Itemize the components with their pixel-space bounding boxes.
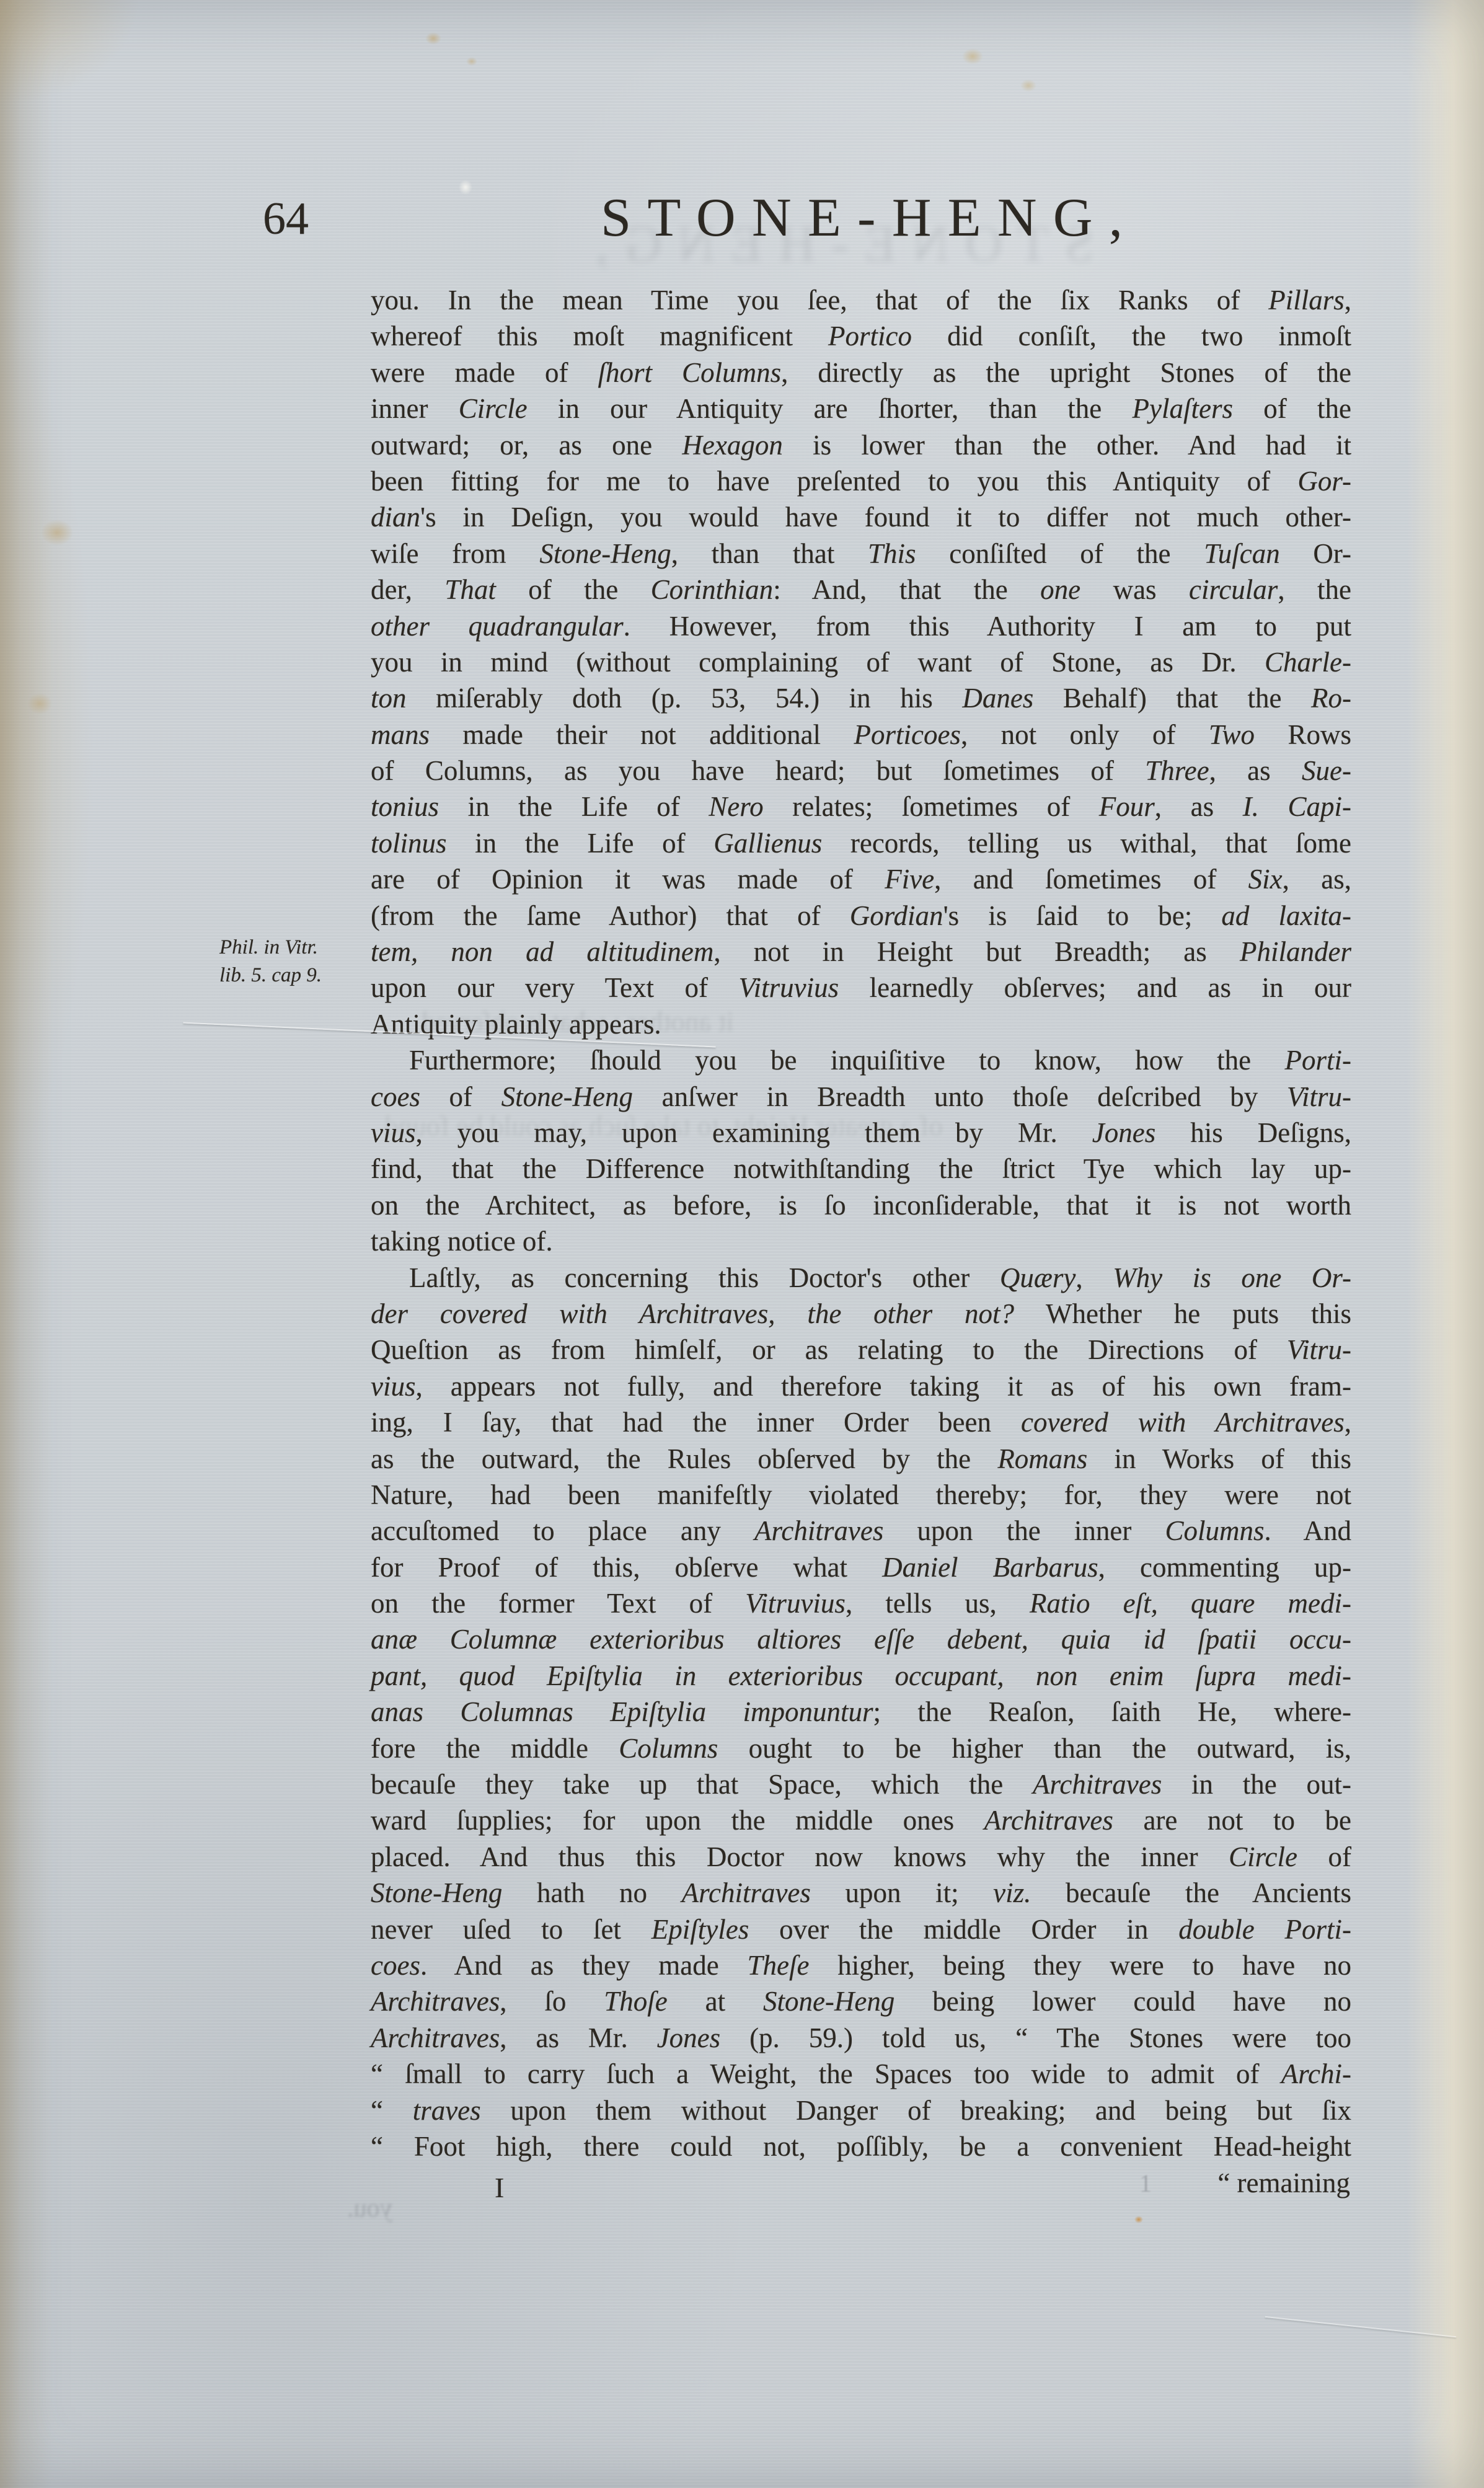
text-line: other quadrangular. However, from this A… [371,608,1351,644]
text-line: Antiquity plainly appears. [371,1006,1351,1042]
text-line: tem, non ad altitudinem, not in Height b… [371,934,1351,970]
foxing-stain [466,57,477,66]
text-line: ton miſerably doth (p. 53, 54.) in his D… [371,680,1351,716]
text-line: taking notice of. [371,1223,1351,1259]
text-line: Stone-Heng hath no Architraves upon it; … [371,1875,1351,1911]
text-line: “ traves upon them without Danger of bre… [371,2092,1351,2128]
book-page-scan: STONE-HENG, 64 STONE-HENG, Phil. in Vitr… [0,0,1484,2488]
page-number: 64 [263,196,309,242]
text-line: Queſtion as from himſelf, or as relating… [371,1332,1351,1368]
text-line: fore the middle Columns ought to be high… [371,1730,1351,1766]
text-line: never uſed to ſet Epiſtyles over the mid… [371,1911,1351,1947]
catchword: “ remaining [1217,2165,1350,2201]
margin-note-line: Phil. in Vitr. [219,934,353,962]
foxing-stain [41,520,73,546]
text-line: “ ſmall to carry ſuch a Weight, the Spac… [371,2056,1351,2092]
signature-mark: I [495,2170,504,2206]
text-line: are of Opinion it was made of Five, and … [371,861,1351,897]
text-line: on the Architect, as before, is ſo incon… [371,1187,1351,1223]
text-line: on the former Text of Vitruvius, tells u… [371,1585,1351,1621]
text-line: wiſe from Stone-Heng, than that This con… [371,536,1351,572]
text-line: tolinus in the Life of Gallienus records… [371,825,1351,861]
text-line: der, That of the Corinthian: And, that t… [371,572,1351,608]
text-line: whereof this moſt magnificent Portico di… [371,318,1351,354]
margin-note-line: lib. 5. cap 9. [219,962,353,989]
margin-note: Phil. in Vitr. lib. 5. cap 9. [219,934,353,989]
foxing-stain [962,48,983,64]
text-line: were made of ſhort Columns, directly as … [371,355,1351,391]
text-line: dian's in Deſign, you would have found i… [371,499,1351,535]
text-line: been fitting for me to have preſented to… [371,463,1351,499]
text-line: pant, quod Epiſtylia in exterioribus occ… [371,1658,1351,1694]
text-line: tonius in the Life of Nero relates; ſome… [371,789,1351,825]
running-title: STONE-HENG, [372,191,1351,246]
text-line: find, that the Difference notwithſtandin… [371,1151,1351,1187]
text-line: Furthermore; ſhould you be inquiſitive t… [371,1042,1351,1078]
foxing-stain [425,32,441,45]
text-line: anas Columnas Epiſtylia imponuntur; the … [371,1694,1351,1730]
text-line: anæ Columnæ exterioribus altiores eſſe d… [371,1621,1351,1657]
text-line: ing, I ſay, that had the inner Order bee… [371,1404,1351,1440]
text-line: upon our very Text of Vitruvius learnedl… [371,970,1351,1006]
text-line: “ Foot high, there could not, poſſibly, … [371,2128,1351,2164]
foxing-stain [1134,2216,1143,2223]
text-line: der covered with Architraves, the other … [371,1296,1351,1332]
text-line: outward; or, as one Hexagon is lower tha… [371,427,1351,463]
foxing-stain [1020,79,1036,92]
text-line: you in mind (without complaining of want… [371,644,1351,680]
paper-crease [1265,2316,1457,2337]
text-line: Architraves, as Mr. Jones (p. 59.) told … [371,2020,1351,2056]
text-line: Laſtly, as concerning this Doctor's othe… [371,1260,1351,1296]
text-line: you. In the mean Time you ſee, that of t… [371,282,1351,318]
text-line: for Proof of this, obſerve what Daniel B… [371,1549,1351,1585]
text-line: becauſe they take up that Space, which t… [371,1766,1351,1802]
text-line: inner Circle in our Antiquity are ſhorte… [371,391,1351,427]
text-line: placed. And thus this Doctor now knows w… [371,1839,1351,1875]
foxing-stain [27,693,52,714]
text-line: (from the ſame Author) that of Gordian's… [371,898,1351,934]
text-column: you. In the mean Time you ſee, that of t… [371,282,1351,2164]
text-line: vius, you may, upon examining them by Mr… [371,1115,1351,1151]
text-line: mans made their not additional Porticoes… [371,717,1351,753]
text-line: as the outward, the Rules obſerved by th… [371,1441,1351,1477]
text-line: coes. And as they made Theſe higher, bei… [371,1947,1351,1983]
text-line: accuſtomed to place any Architraves upon… [371,1513,1351,1549]
text-line: of Columns, as you have heard; but ſomet… [371,753,1351,789]
text-line: Architraves, ſo Thoſe at Stone-Heng bein… [371,1983,1351,2019]
text-line: vius, appears not fully, and therefore t… [371,1368,1351,1404]
text-line: Nature, had been manifeſtly violated the… [371,1477,1351,1513]
text-line: ward ſupplies; for upon the middle ones … [371,1802,1351,1838]
direction-line: I “ remaining [371,2165,1351,2202]
text-line: coes of Stone-Heng anſwer in Breadth unt… [371,1079,1351,1115]
